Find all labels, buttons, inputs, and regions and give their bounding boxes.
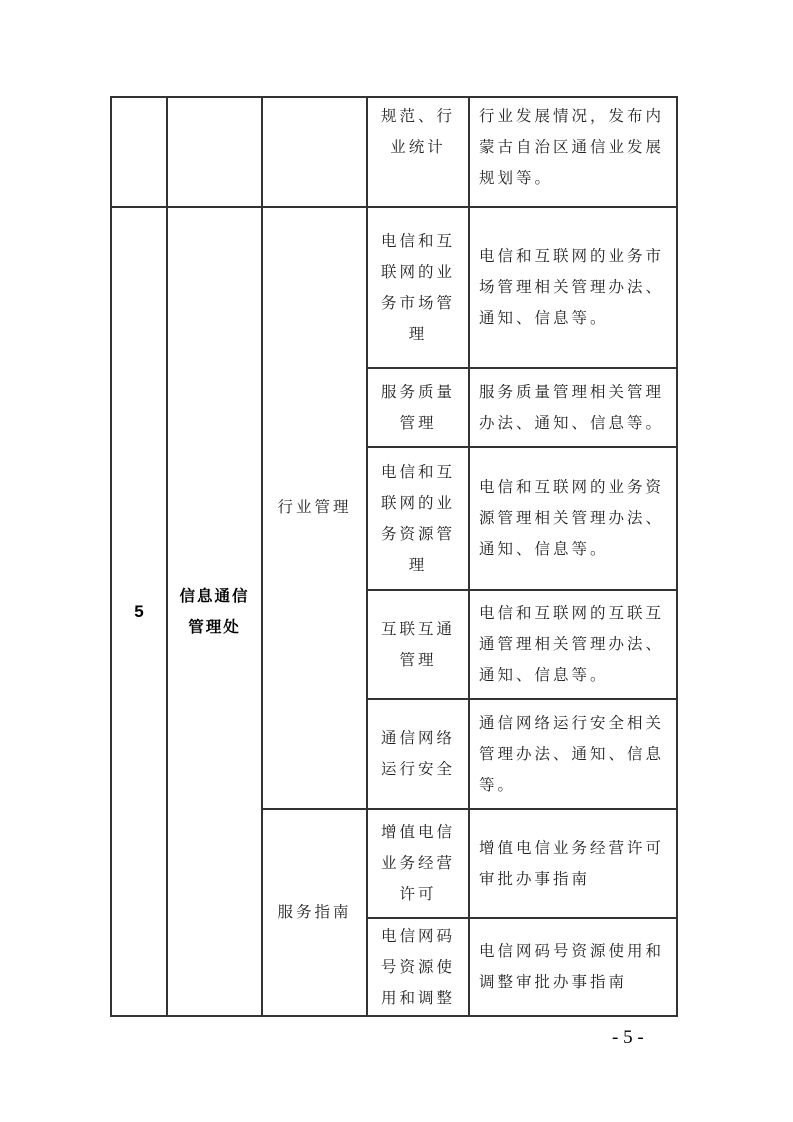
item-cell: 电信网码号资源使用和调整 xyxy=(367,918,469,1016)
content-cell: 增值电信业务经营许可审批办事指南 xyxy=(469,809,677,918)
row-index: 5 xyxy=(111,207,167,1016)
content-cell: 电信网码号资源使用和调整审批办事指南 xyxy=(469,918,677,1016)
content-cell: 电信和互联网的互联互通管理相关管理办法、通知、信息等。 xyxy=(469,590,677,699)
item-cell: 增值电信业务经营许可 xyxy=(367,809,469,918)
item-cell: 通信网络运行安全 xyxy=(367,699,469,809)
category-label: 服务指南 xyxy=(262,809,367,1016)
content-cell: 通信网络运行安全相关管理办法、通知、信息等。 xyxy=(469,699,677,809)
content-cell: 服务质量管理相关管理办法、通知、信息等。 xyxy=(469,368,677,447)
item-cell: 电信和互联网的业务市场管理 xyxy=(367,207,469,368)
item-cell: 互联互通管理 xyxy=(367,590,469,699)
page-number: - 5 - xyxy=(612,1027,644,1049)
content-cell: 行业发展情况，发布内蒙古自治区通信业发展规划等。 xyxy=(469,97,677,207)
content-cell: 电信和互联网的业务资源管理相关管理办法、通知、信息等。 xyxy=(469,447,677,590)
item-cell: 电信和互联网的业务资源管理 xyxy=(367,447,469,590)
item-cell: 服务质量管理 xyxy=(367,368,469,447)
item-cell: 规范、行业统计 xyxy=(367,97,469,207)
content-cell: 电信和互联网的业务市场管理相关管理办法、通知、信息等。 xyxy=(469,207,677,368)
category-label: 行业管理 xyxy=(262,207,367,808)
department-name: 信息通信管理处 xyxy=(167,207,262,1016)
